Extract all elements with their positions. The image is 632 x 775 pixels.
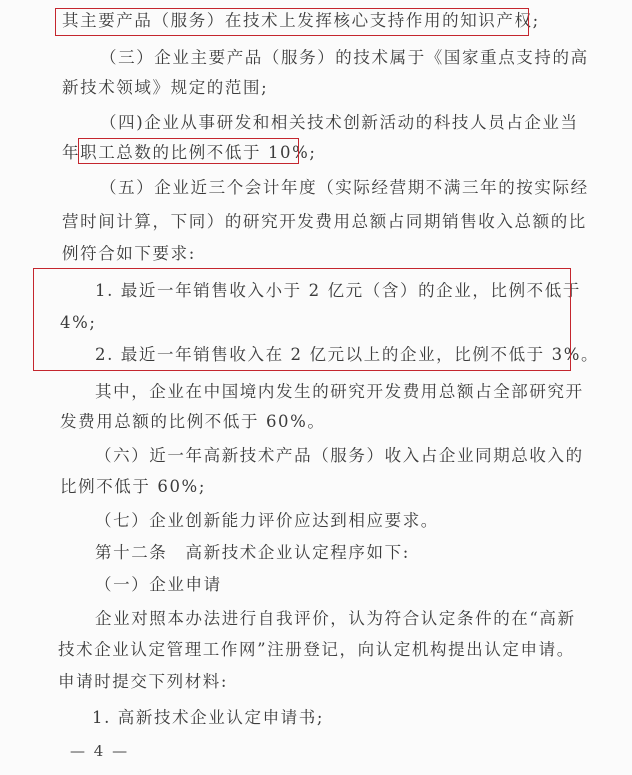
text-line: 企业对照本办法进行自我评价，认为符合认定条件的在“高新 [95,608,576,630]
text-line: （六）近一年高新技术产品（服务）收入占企业同期总收入的 [95,445,584,467]
text-line: （七）企业创新能力评价应达到相应要求。 [95,510,439,532]
text-line: 其中，企业在中国境内发生的研究开发费用总额占全部研究开 [95,381,584,403]
page-number: — 4 — [70,742,129,760]
document-page: 其主要产品（服务）在技术上发挥核心支持作用的知识产权;（三）企业主要产品（服务）… [0,0,632,775]
intellectual-property-box [55,8,529,36]
staff-ratio-box [78,138,299,164]
text-line: 第十二条 高新技术企业认定程序如下: [95,542,410,564]
text-line: （一）企业申请 [95,574,222,596]
text-line: （三）企业主要产品（服务）的技术属于《国家重点支持的高 [100,47,589,69]
text-line: 技术企业认定管理工作网”注册登记，向认定机构提出认定申请。 [58,639,575,661]
text-line: （四)企业从事研发和相关技术创新活动的科技人员占企业当 [100,112,579,134]
text-line: 比例不低于 60%; [60,476,206,498]
text-line: 1. 高新技术企业认定申请书; [92,707,324,729]
text-line: 申请时提交下列材料: [58,671,228,693]
text-line: 新技术领域》规定的范围; [62,77,268,99]
text-line: 例符合如下要求: [62,243,196,265]
text-line: 发费用总额的比例不低于 60%。 [60,411,326,433]
text-line: （五）企业近三个会计年度（实际经营期不满三年的按实际经 [100,177,589,199]
rd-expense-ratio-box [33,268,571,371]
text-line: 营时间计算，下同）的研究开发费用总额占同期销售收入总额的比 [62,211,587,233]
